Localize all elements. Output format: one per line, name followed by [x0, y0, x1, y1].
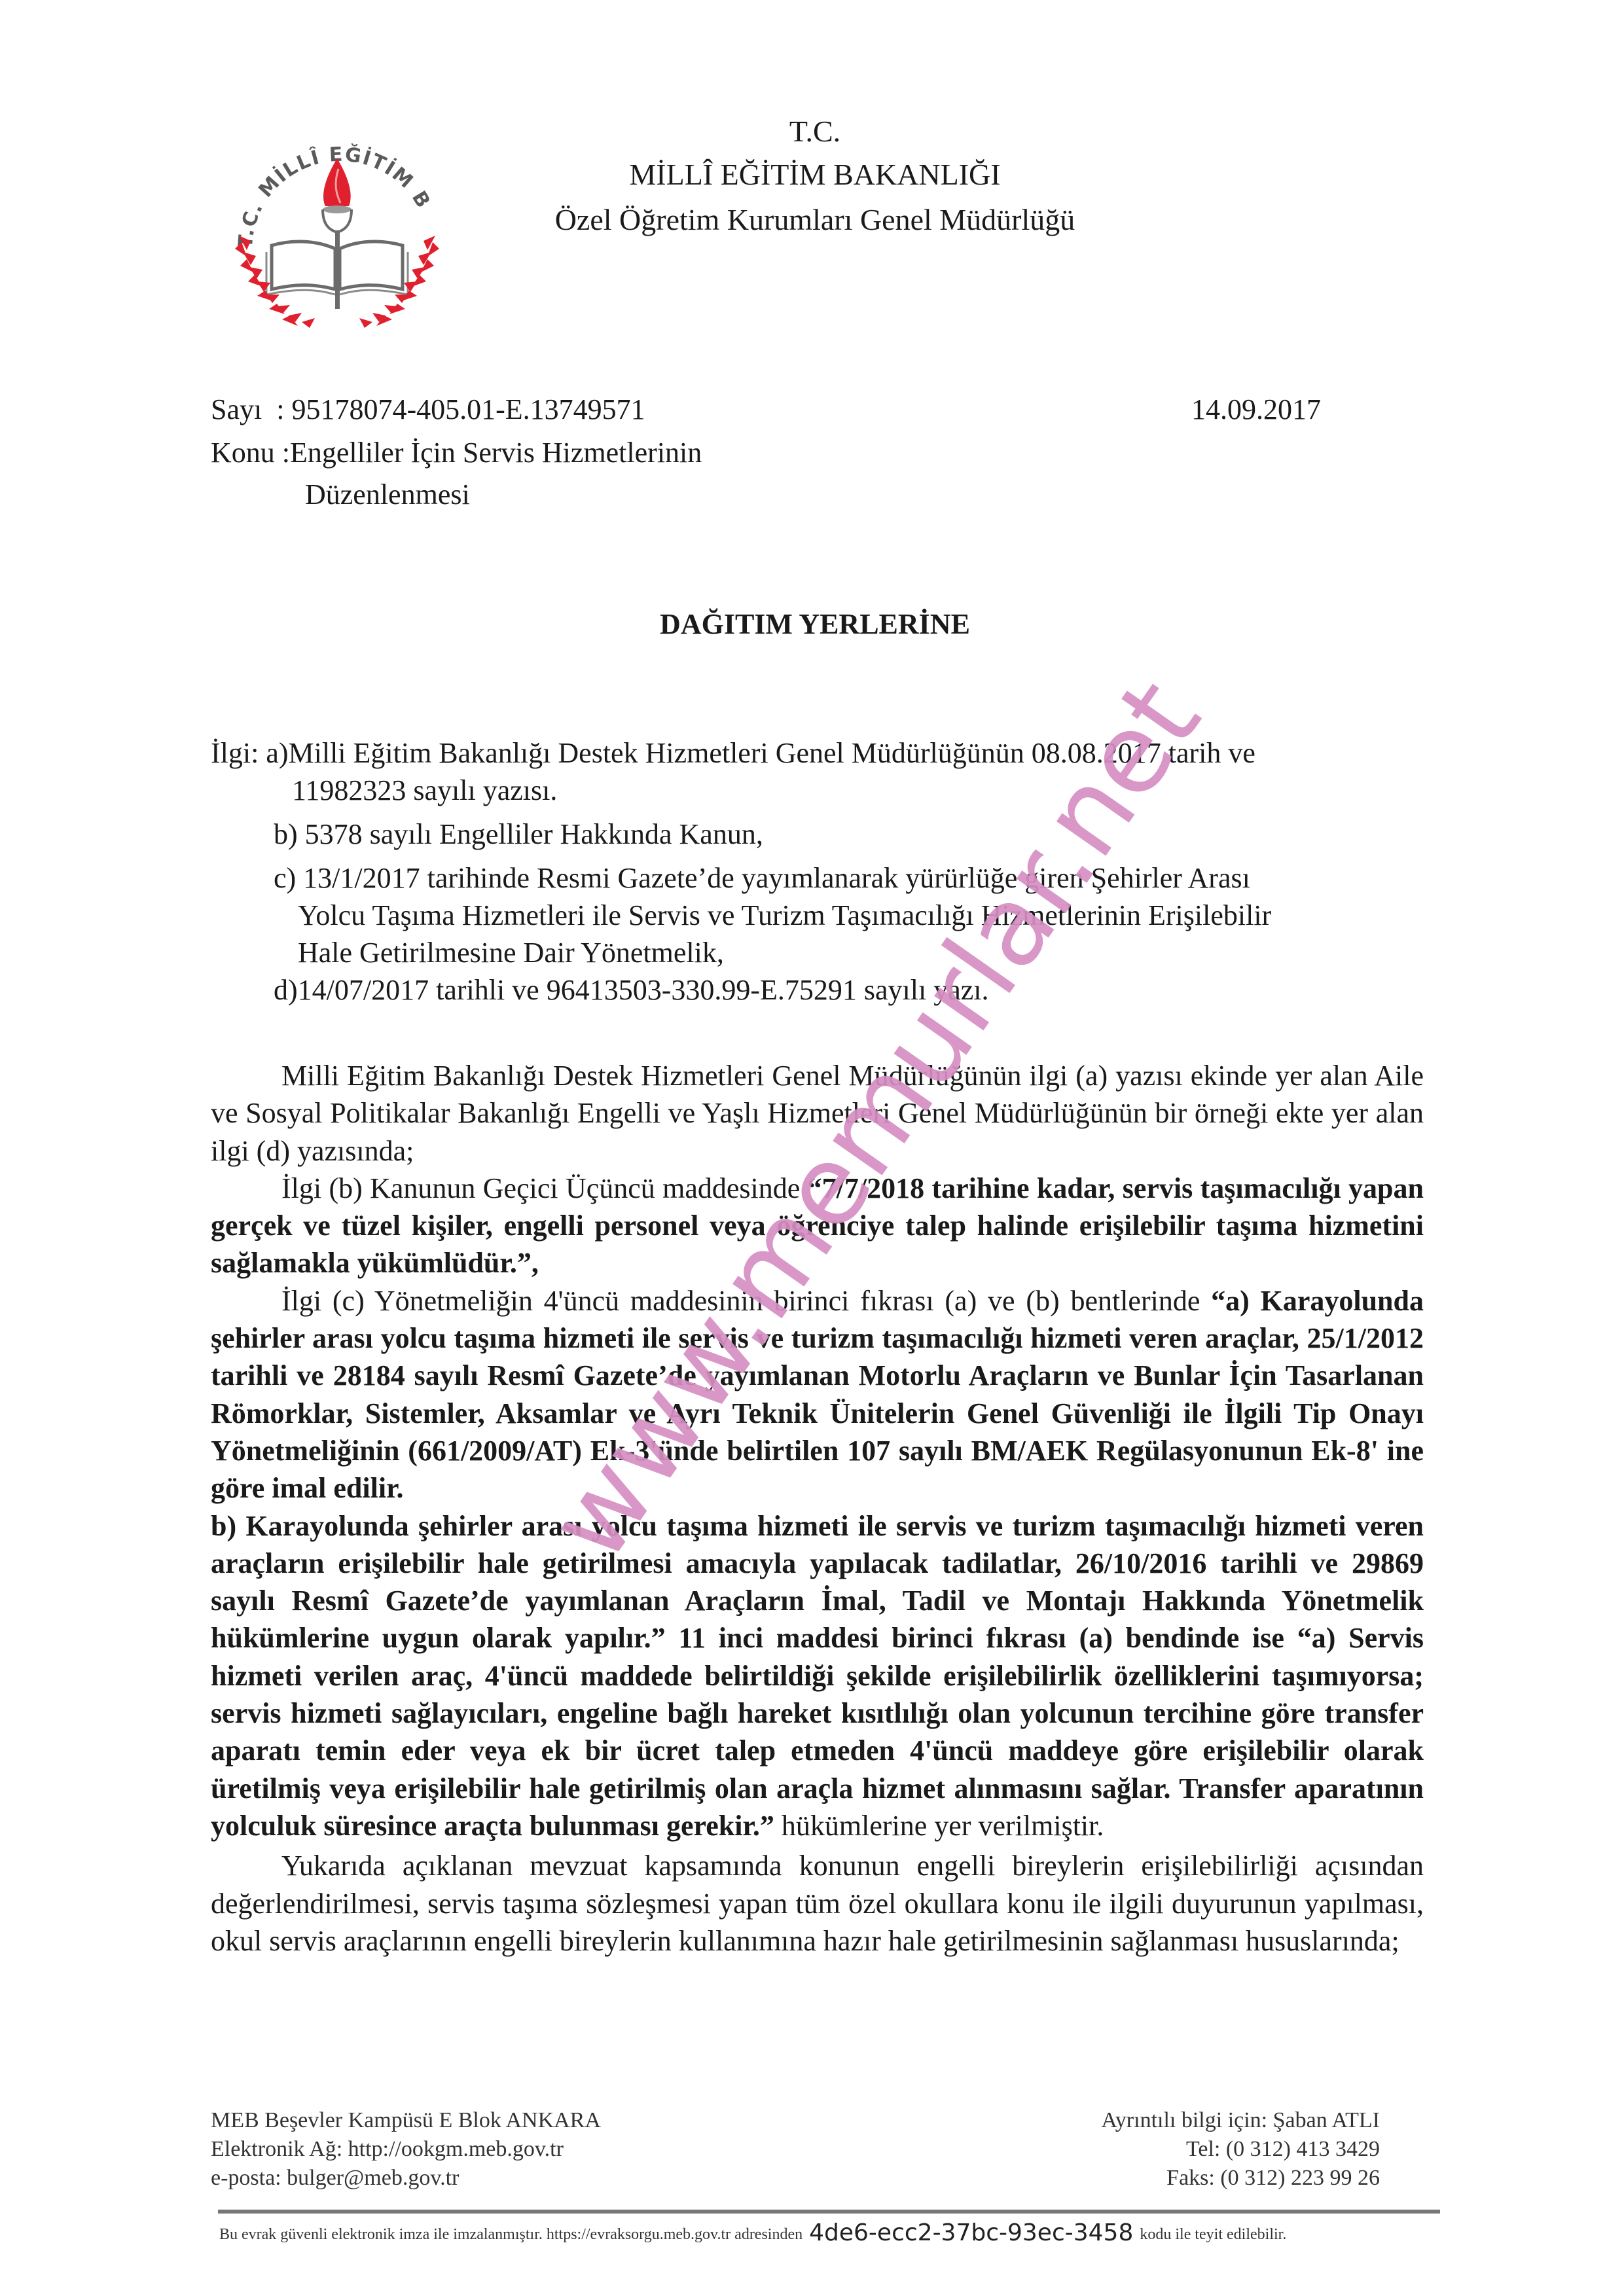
footer-address: MEB Beşevler Kampüsü E Blok ANKARA — [211, 2106, 601, 2135]
document-number: Sayı : 95178074-405.01-E.13749571 — [211, 395, 645, 424]
reference-a-cont: 11982323 sayılı yazısı. — [211, 772, 1424, 809]
paragraph-3-quote: “a) Karayolunda şehirler arası yolcu taş… — [211, 1285, 1424, 1504]
footer-divider — [218, 2210, 1440, 2214]
document-subject-cont: Düzenlenmesi — [305, 480, 470, 509]
verification-suffix: kodu ile teyit edilebilir. — [1140, 2226, 1286, 2243]
paragraph-1: Milli Eğitim Bakanlığı Destek Hizmetleri… — [211, 1057, 1424, 1170]
konu-value: :Engelliler İçin Servis Hizmetlerinin — [282, 437, 702, 469]
reference-c-cont-2: Hale Getirilmesine Dair Yönetmelik, — [211, 934, 1424, 971]
footer-fax: Faks: (0 312) 223 99 26 — [982, 2164, 1380, 2193]
reference-c-cont-1: Yolcu Taşıma Hizmetleri ile Servis ve Tu… — [211, 897, 1424, 934]
paragraph-4: b) Karayolunda şehirler arası yolcu taşı… — [211, 1507, 1424, 1845]
verification-prefix: Bu evrak güvenli elektronik imza ile imz… — [219, 2226, 803, 2243]
paragraph-4-quote: b) Karayolunda şehirler arası yolcu taşı… — [211, 1510, 1424, 1842]
header-tc: T.C. — [458, 117, 1172, 147]
sayi-label: Sayı — [211, 393, 262, 425]
paragraph-4-tail: hükümlerine yer verilmiştir. — [774, 1810, 1104, 1842]
paragraph-5: Yukarıda açıklanan mevzuat kapsamında ko… — [211, 1847, 1424, 1960]
paragraph-3-intro: İlgi (c) Yönetmeliğin 4'üncü maddesinin … — [281, 1285, 1211, 1317]
footer-web[interactable]: Elektronik Ağ: http://ookgm.meb.gov.tr — [211, 2135, 601, 2164]
document-date: 14.09.2017 — [1191, 395, 1321, 424]
footer-email[interactable]: e-posta: bulger@meb.gov.tr — [211, 2164, 601, 2193]
footer-tel: Tel: (0 312) 413 3429 — [982, 2135, 1380, 2164]
distribution-heading: DAĞITIM YERLERİNE — [458, 610, 1172, 639]
reference-c: c) 13/1/2017 tarihinde Resmi Gazete’de y… — [211, 859, 1424, 897]
reference-b: b) 5378 sayılı Engelliler Hakkında Kanun… — [211, 816, 1424, 853]
header-department: Özel Öğretim Kurumları Genel Müdürlüğü — [458, 205, 1172, 235]
konu-label: Konu — [211, 437, 275, 469]
sayi-value: : 95178074-405.01-E.13749571 — [276, 393, 645, 425]
meb-emblem-icon: T.C. MİLLÎ EĞİTİM BAKANLIĞI — [226, 118, 448, 334]
reference-d: d)14/07/2017 tarihli ve 96413503-330.99-… — [211, 971, 1424, 1009]
reference-a: İlgi: a)Milli Eğitim Bakanlığı Destek Hi… — [211, 734, 1424, 772]
document-subject: Konu :Engelliler İçin Servis Hizmetlerin… — [211, 439, 702, 467]
paragraph-3: İlgi (c) Yönetmeliğin 4'üncü maddesinin … — [211, 1282, 1424, 1507]
footer-contact-person: Ayrıntılı bilgi için: Şaban ATLI — [982, 2106, 1380, 2135]
meb-logo: T.C. MİLLÎ EĞİTİM BAKANLIĞI — [226, 118, 448, 334]
footer-address-block: MEB Beşevler Kampüsü E Blok ANKARA Elekt… — [211, 2106, 601, 2193]
paragraph-2-intro: İlgi (b) Kanunun Geçici Üçüncü maddesind… — [281, 1172, 808, 1204]
footer-contact-block: Ayrıntılı bilgi için: Şaban ATLI Tel: (0… — [982, 2106, 1380, 2193]
header-ministry: MİLLÎ EĞİTİM BAKANLIĞI — [458, 160, 1172, 190]
verification-code: 4de6-ecc2-37bc-93ec-3458 — [809, 2219, 1133, 2246]
verification-note: Bu evrak güvenli elektronik imza ile imz… — [219, 2220, 1286, 2248]
references-block: İlgi: a)Milli Eğitim Bakanlığı Destek Hi… — [211, 734, 1424, 1009]
paragraph-2: İlgi (b) Kanunun Geçici Üçüncü maddesind… — [211, 1170, 1424, 1282]
letter-body: Milli Eğitim Bakanlığı Destek Hizmetleri… — [211, 1057, 1424, 1960]
